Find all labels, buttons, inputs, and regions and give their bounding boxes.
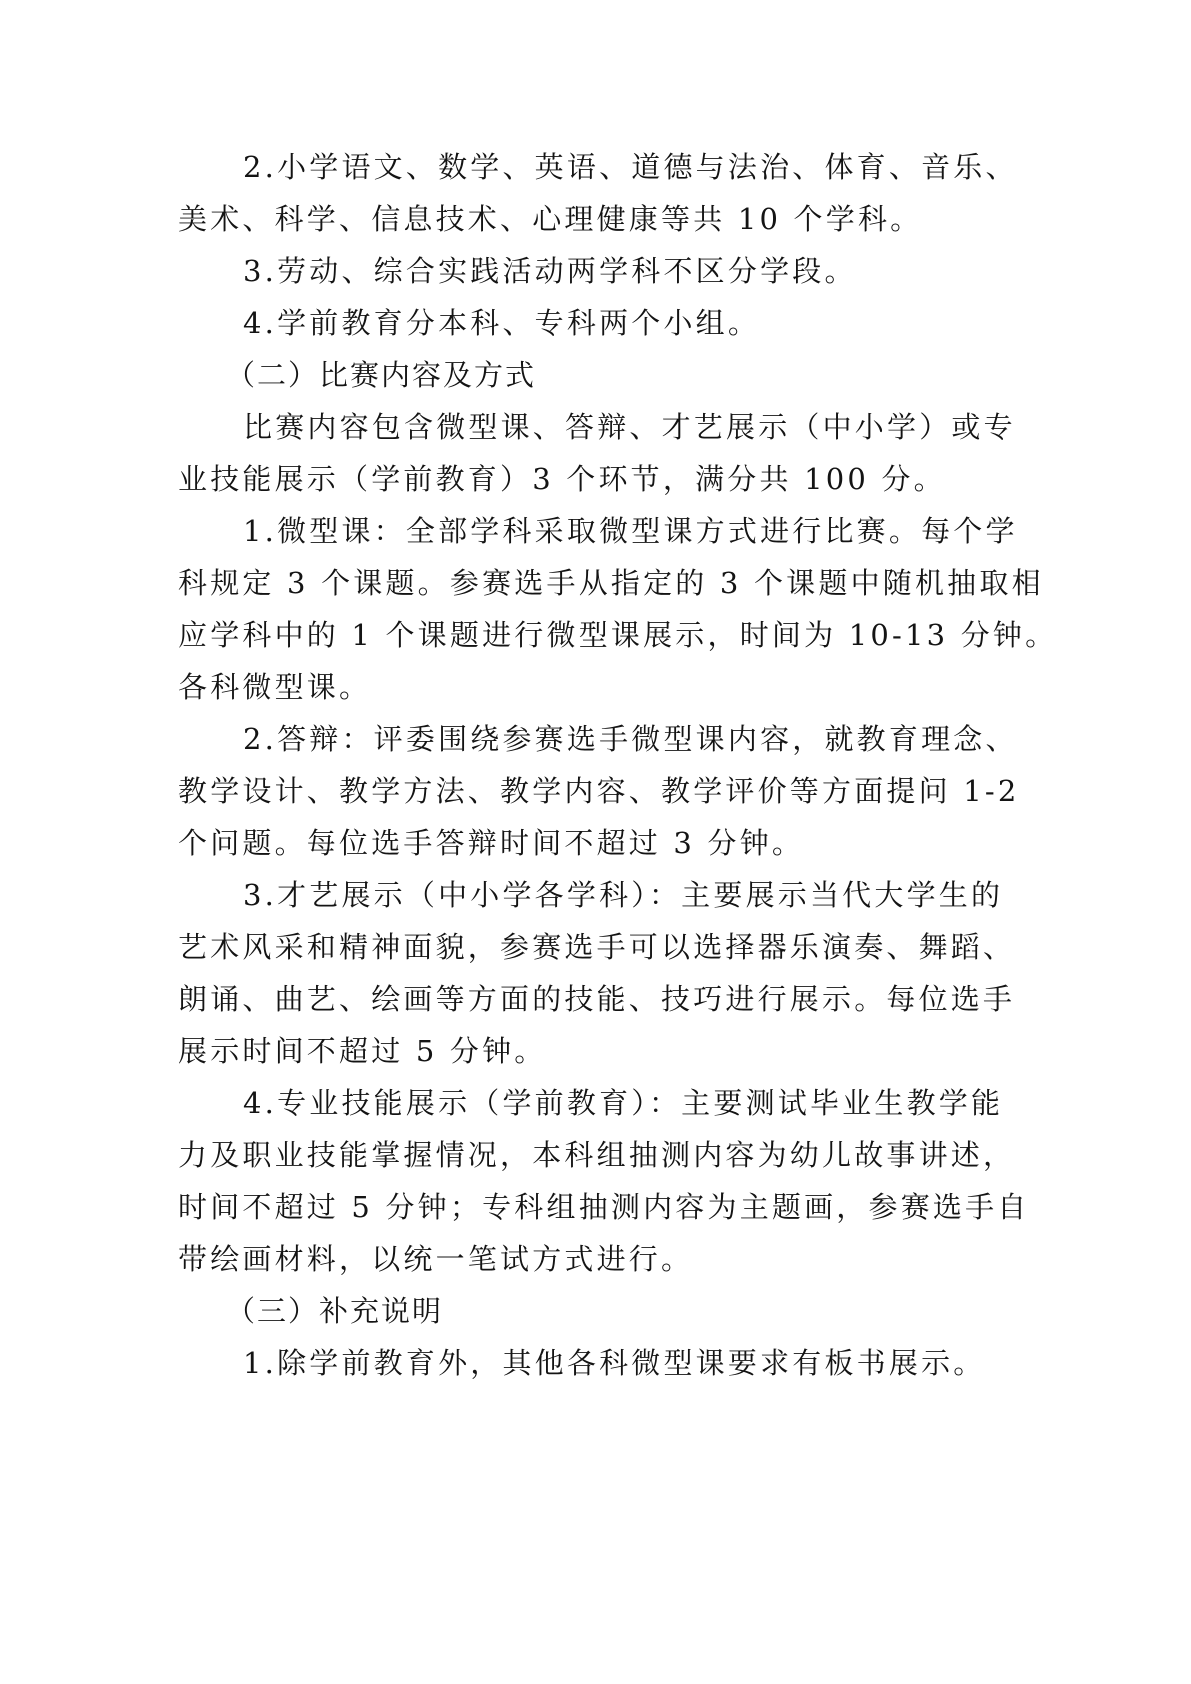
- text-line: 美术、科学、信息技术、心理健康等共 10 个学科。: [178, 199, 922, 239]
- document-page: 2.小学语文、数学、英语、道德与法治、体育、音乐、 美术、科学、信息技术、心理健…: [0, 0, 1191, 1684]
- text-line: 力及职业技能掌握情况，本科组抽测内容为幼儿故事讲述，: [178, 1135, 1015, 1175]
- text-line: 艺术风采和精神面貌，参赛选手可以选择器乐演奏、舞蹈、: [178, 927, 1015, 967]
- text-line: 业技能展示（学前教育）3 个环节，满分共 100 分。: [178, 459, 946, 499]
- text-line: 3.才艺展示（中小学各学科）：主要展示当代大学生的: [243, 875, 1003, 915]
- text-line: 各科微型课。: [178, 667, 371, 707]
- text-line: 带绘画材料，以统一笔试方式进行。: [178, 1239, 693, 1279]
- text-line: 2.小学语文、数学、英语、道德与法治、体育、音乐、: [243, 147, 1018, 187]
- text-line: 2.答辩：评委围绕参赛选手微型课内容，就教育理念、: [243, 719, 1018, 759]
- section-heading: （二）比赛内容及方式: [226, 355, 536, 395]
- text-line: 3.劳动、综合实践活动两学科不区分学段。: [243, 251, 857, 291]
- text-line: 应学科中的 1 个课题进行微型课展示，时间为 10-13 分钟。: [178, 615, 1057, 655]
- text-line: 朗诵、曲艺、绘画等方面的技能、技巧进行展示。每位选手: [178, 979, 1015, 1019]
- text-line: 比赛内容包含微型课、答辩、才艺展示（中小学）或专: [243, 407, 1016, 447]
- text-line: 4.专业技能展示（学前教育）：主要测试毕业生教学能: [243, 1083, 1003, 1123]
- text-line: 时间不超过 5 分钟；专科组抽测内容为主题画，参赛选手自: [178, 1187, 1030, 1227]
- text-line: 1.微型课：全部学科采取微型课方式进行比赛。每个学: [243, 511, 1018, 551]
- text-line: 1.除学前教育外，其他各科微型课要求有板书展示。: [243, 1343, 985, 1383]
- text-line: 展示时间不超过 5 分钟。: [178, 1031, 547, 1071]
- text-line: 教学设计、教学方法、教学内容、教学评价等方面提问 1-2: [178, 771, 1020, 811]
- section-heading: （三）补充说明: [226, 1291, 443, 1331]
- text-line: 科规定 3 个课题。参赛选手从指定的 3 个课题中随机抽取相: [178, 563, 1044, 603]
- text-line: 4.学前教育分本科、专科两个小组。: [243, 303, 760, 343]
- text-line: 个问题。每位选手答辩时间不超过 3 分钟。: [178, 823, 804, 863]
